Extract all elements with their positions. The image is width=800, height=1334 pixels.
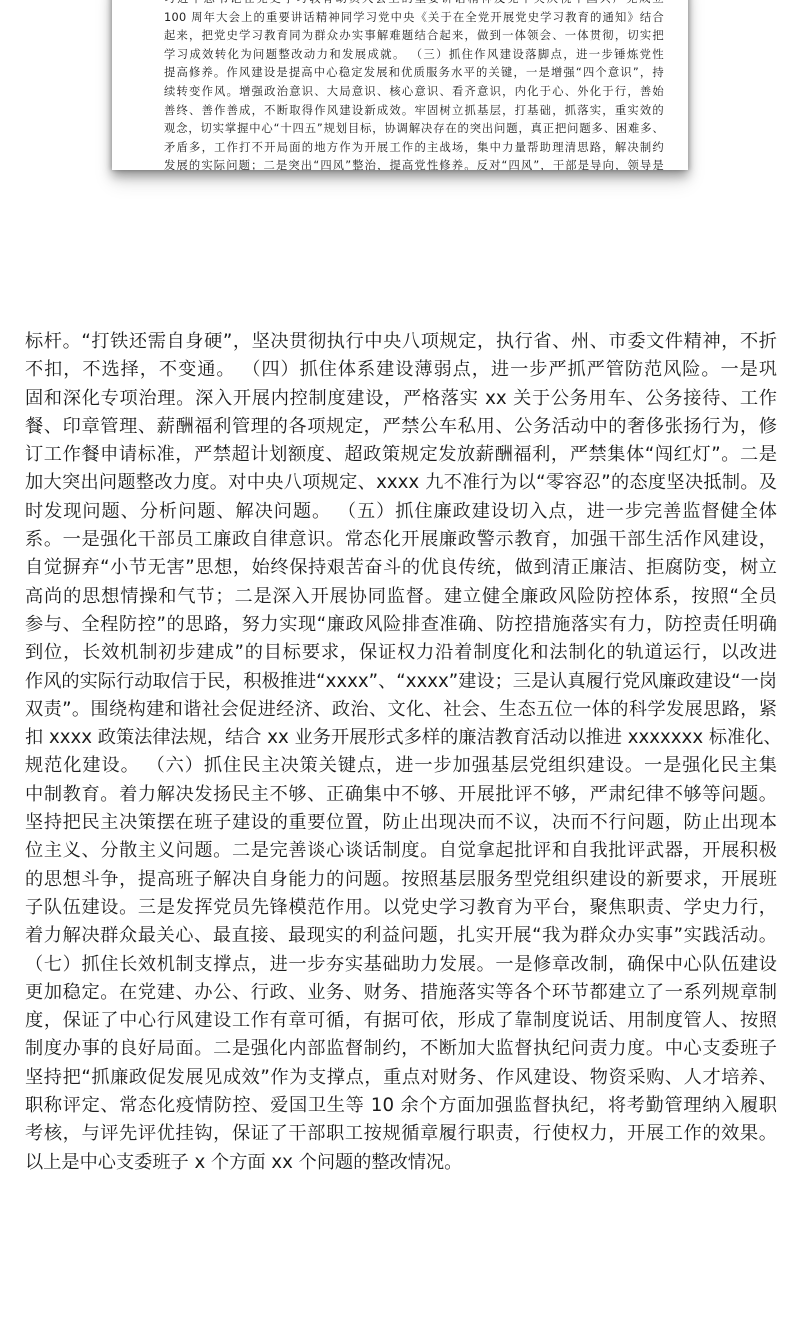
- body-line: 餐、印章管理、薪酬福利管理的各项规定，严禁公车私用、公务活动中的奢侈张扬行为，修: [25, 413, 777, 441]
- body-line: 加大突出问题整改力度。对中央八项规定、xxxx 九不准行为以“零容忍”的态度坚决…: [25, 469, 777, 497]
- body-line: 扣 xxxx 政策法律法规，结合 xx 业务开展形式多样的廉洁教育活动以推进 x…: [25, 724, 777, 752]
- body-line: 着力解决群众最关心、最直接、最现实的利益问题，扎实开展“我为群众办实事”实践活动…: [25, 922, 777, 950]
- body-line: 标杆。“打铁还需自身硬”，坚决贯彻执行中央八项规定，执行省、州、市委文件精神，不…: [25, 328, 777, 356]
- preview-line: 习近平总书记在党史学习教育动员大会上的重要讲话精神及党中央庆祝中国共产党成立: [164, 0, 664, 9]
- preview-line: 矛盾多，工作打不开局面的地方作为开展工作的主战场，集中力量帮助理清思路，解决制约: [164, 139, 664, 158]
- body-line: 坚持把民主决策摆在班子建设的重要位置，防止出现决而不议，决而不行问题，防止出现本: [25, 809, 777, 837]
- body-line: 不扣，不选择，不变通。 （四）抓住体系建设薄弱点，进一步严抓严管防范风险。一是巩: [25, 356, 777, 384]
- body-line: 更加稳定。在党建、办公、行政、业务、财务、措施落实等各个环节都建立了一系列规章制: [25, 979, 777, 1007]
- preview-line: 100 周年大会上的重要讲话精神同学习党中央《关于在全党开展党史学习教育的通知》…: [164, 9, 664, 28]
- preview-line: 学习成效转化为问题整改动力和发展成就。 （三）抓住作风建设落脚点，进一步锤炼党性: [164, 46, 664, 65]
- document-body-text: 标杆。“打铁还需自身硬”，坚决贯彻执行中央八项规定，执行省、州、市委文件精神，不…: [25, 328, 777, 1177]
- body-line: 职称评定、常态化疫情防控、爱国卫生等 10 余个方面加强监督执纪，将考勤管理纳入…: [25, 1092, 777, 1120]
- body-line: 以上是中心支委班子 x 个方面 xx 个问题的整改情况。: [25, 1149, 777, 1177]
- document-preview-card: 习近平总书记在党史学习教育动员大会上的重要讲话精神及党中央庆祝中国共产党成立 1…: [112, 0, 688, 170]
- preview-line: 善终、善作善成，不断取得作风建设新成效。牢固树立抓基层，打基础，抓落实，重实效的: [164, 102, 664, 121]
- body-line: 系。一是强化干部员工廉政自律意识。常态化开展廉政警示教育，加强干部生活作风建设，: [25, 526, 777, 554]
- preview-line: 提高修养。作风建设是提高中心稳定发展和优质服务水平的关键，一是增强“四个意识”，…: [164, 64, 664, 83]
- body-line: 的思想斗争，提高班子解决自身能力的问题。按照基层服务型党组织建设的新要求，开展班: [25, 866, 777, 894]
- body-line: 坚持把“抓廉政促发展见成效”作为支撑点，重点对财务、作风建设、物资采购、人才培养…: [25, 1064, 777, 1092]
- body-line: 子队伍建设。三是发挥党员先锋模范作用。以党史学习教育为平台，聚焦职责、学史力行，: [25, 894, 777, 922]
- body-line: 到位，长效机制初步建成”的目标要求，保证权力沿着制度化和法制化的轨道运行，以改进: [25, 639, 777, 667]
- preview-line: 观念，切实掌握中心“十四五”规划目标，协调解决存在的突出问题，真正把问题多、困难…: [164, 120, 664, 139]
- body-line: 高尚的思想情操和气节；二是深入开展协同监督。建立健全廉政风险防控体系，按照“全员: [25, 583, 777, 611]
- body-line: 固和深化专项治理。深入开展内控制度建设，严格落实 xx 关于公务用车、公务接待、…: [25, 385, 777, 413]
- body-line: （七）抓住长效机制支撑点，进一步夯实基础助力发展。一是修章改制，确保中心队伍建设: [25, 951, 777, 979]
- body-line: 自觉摒弃“小节无害”思想，始终保持艰苦奋斗的优良传统，做到清正廉洁、拒腐防变，树…: [25, 554, 777, 582]
- body-line: 作风的实际行动取信于民，积极推进“xxxx”、“xxxx”建设；三是认真履行党风…: [25, 668, 777, 696]
- preview-line: 续转变作风。增强政治意识、大局意识、核心意识、看齐意识，内化于心、外化于行，善始: [164, 83, 664, 102]
- body-line: 双责”。围绕构建和谐社会促进经济、政治、文化、社会、生态五位一体的科学发展思路，…: [25, 696, 777, 724]
- preview-line: 起来，把党史学习教育同为群众办实事解难题结合起来，做到一体领会、一体贯彻，切实把: [164, 27, 664, 46]
- body-line: 位主义、分散主义问题。二是完善谈心谈话制度。自觉拿起批评和自我批评武器，开展积极: [25, 837, 777, 865]
- body-line: 度，保证了中心行风建设工作有章可循，有据可依，形成了靠制度说话、用制度管人、按照: [25, 1007, 777, 1035]
- body-line: 订工作餐申请标准，严禁超计划额度、超政策规定发放薪酬福利，严禁集体“闯红灯”。二…: [25, 441, 777, 469]
- body-line: 考核，与评先评优挂钩，保证了干部职工按规循章履行职责，行使权力，开展工作的效果。: [25, 1120, 777, 1148]
- body-line: 规范化建设。 （六）抓住民主决策关键点，进一步加强基层党组织建设。一是强化民主集: [25, 752, 777, 780]
- body-line: 时发现问题、分析问题、解决问题。 （五）抓住廉政建设切入点，进一步完善监督健全体: [25, 498, 777, 526]
- body-line: 中制教育。着力解决发扬民主不够、正确集中不够、开展批评不够，严肃纪律不够等问题。: [25, 781, 777, 809]
- preview-card-text: 习近平总书记在党史学习教育动员大会上的重要讲话精神及党中央庆祝中国共产党成立 1…: [164, 0, 664, 170]
- body-line: 制度办事的良好局面。二是强化内部监督制约，不断加大监督执纪问责力度。中心支委班子: [25, 1035, 777, 1063]
- body-line: 参与、全程防控”的思路，努力实现“廉政风险排查准确、防控措施落实有力，防控责任明…: [25, 611, 777, 639]
- preview-line: 发展的实际问题；二是突出“四风”整治，提高党性修养。反对“四风”，干部是导向，领…: [164, 157, 664, 170]
